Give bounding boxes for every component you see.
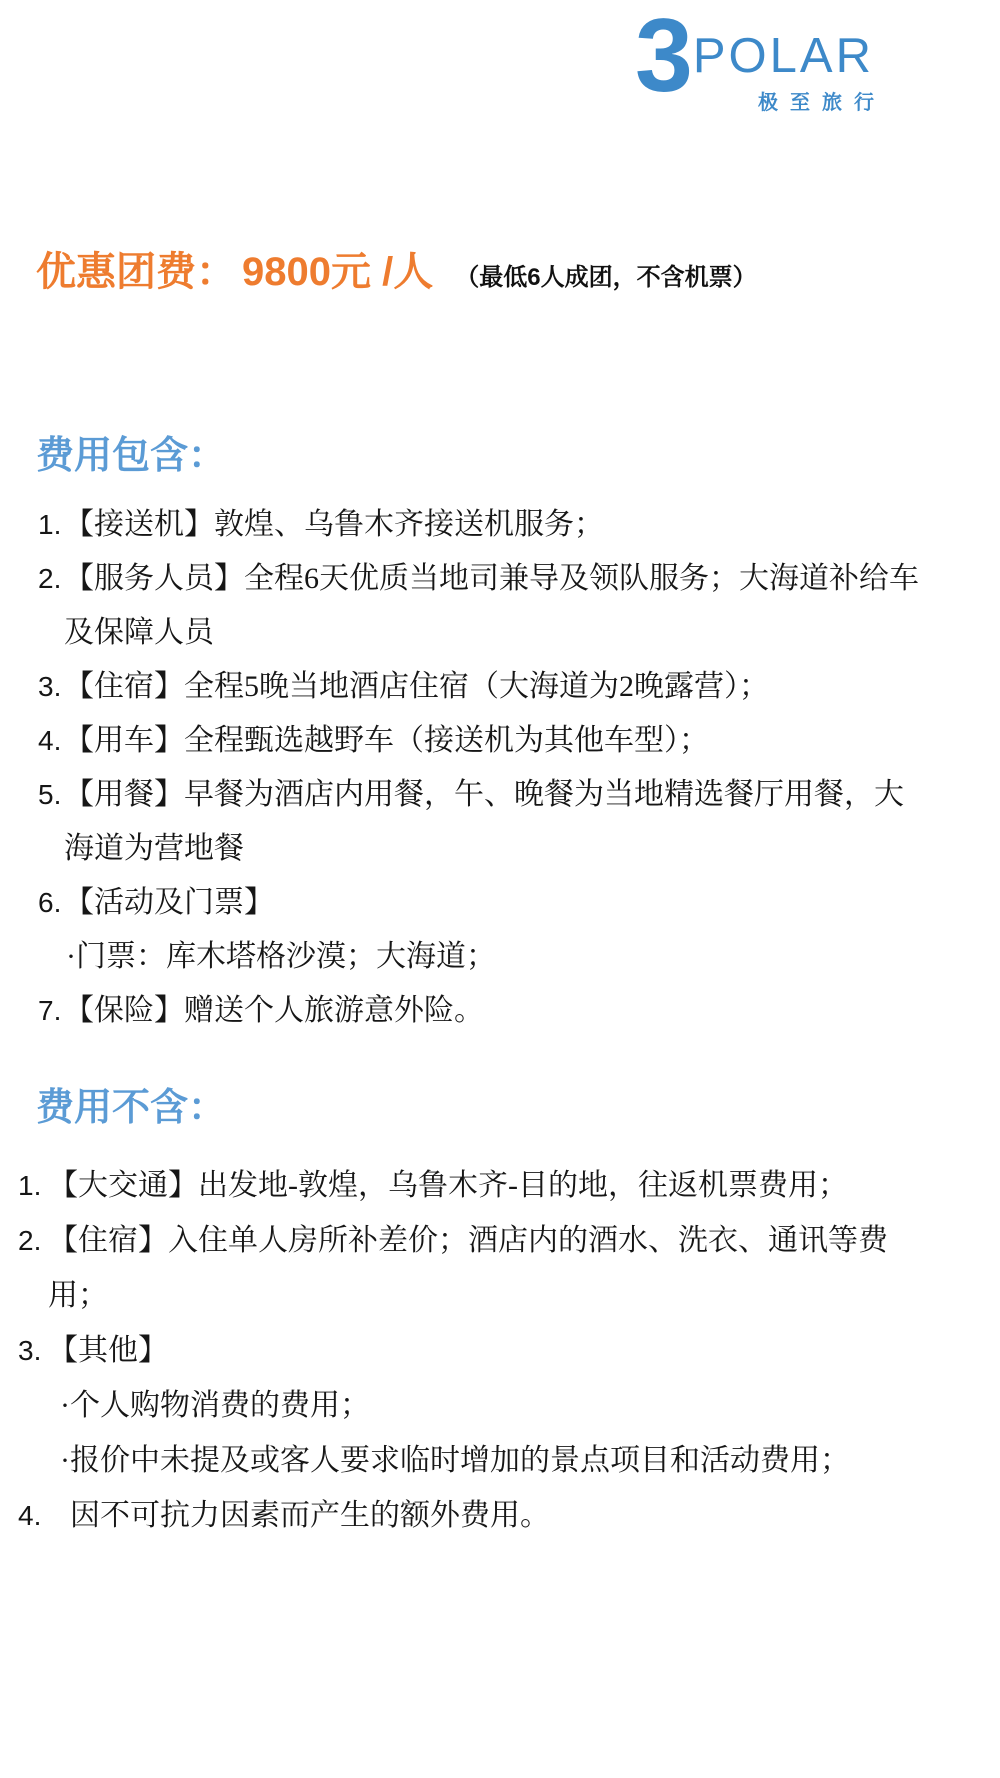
list-item-text: 【住宿】全程5晚当地酒店住宿（大海道为2晚露营）； [64, 660, 924, 714]
list-item-text: 【接送机】敦煌、乌鲁木齐接送机服务； [64, 498, 924, 552]
price-value: 9800元 /人 [242, 240, 433, 297]
list-item-text: 【服务人员】全程6天优质当地司兼导及领队服务；大海道补给车及保障人员 [64, 552, 924, 660]
included-list: 1. 【接送机】敦煌、乌鲁木齐接送机服务； 2. 【服务人员】全程6天优质当地司… [38, 498, 924, 1038]
list-item-number: 4. [18, 1488, 48, 1543]
list-item: 4. 【用车】全程甄选越野车（接送机为其他车型）； [38, 714, 924, 768]
list-item-number: 3. [18, 1323, 48, 1378]
list-item-number: 4. [38, 714, 64, 768]
section-heading-excluded: 费用不含： [36, 1076, 226, 1131]
logo-wordmark: POLAR [693, 32, 874, 81]
brand-logo: 3 POLAR 极至旅行 [635, 12, 874, 115]
list-item-text: 【活动及门票】 [64, 876, 924, 930]
sub-list-item-text: ·个人购物消费的费用； [60, 1378, 918, 1433]
list-item-number: 7. [38, 984, 64, 1038]
excluded-list: 1. 【大交通】出发地-敦煌，乌鲁木齐-目的地，往返机票费用； 2. 【住宿】入… [18, 1158, 918, 1543]
list-item: 6. 【活动及门票】 [38, 876, 924, 930]
list-item-text: 因不可抗力因素而产生的额外费用。 [48, 1488, 918, 1543]
section-heading-included: 费用包含： [36, 424, 226, 479]
list-item: 2. 【服务人员】全程6天优质当地司兼导及领队服务；大海道补给车及保障人员 [38, 552, 924, 660]
price-label: 优惠团费： [36, 240, 236, 297]
list-item-number: 5. [38, 768, 64, 822]
list-item-text: 【住宿】入住单人房所补差价；酒店内的酒水、洗衣、通讯等费用； [48, 1213, 918, 1323]
sub-list-item: ·报价中未提及或客人要求临时增加的景点项目和活动费用； [18, 1433, 918, 1488]
list-item: 4. 因不可抗力因素而产生的额外费用。 [18, 1488, 918, 1543]
list-item-text: 【大交通】出发地-敦煌，乌鲁木齐-目的地，往返机票费用； [48, 1158, 918, 1213]
list-item-text: 【其他】 [48, 1323, 918, 1378]
sub-list-item: ·个人购物消费的费用； [18, 1378, 918, 1433]
flyer-page: 3 POLAR 极至旅行 优惠团费： 9800元 /人 （最低6人成团，不含机票… [0, 0, 1000, 1778]
logo-subtitle: 极至旅行 [758, 86, 886, 115]
list-item-number: 2. [18, 1213, 48, 1268]
logo-text-block: POLAR 极至旅行 [693, 12, 874, 115]
sub-list-item: ·门票：库木塔格沙漠；大海道； [38, 930, 924, 984]
list-item: 2. 【住宿】入住单人房所补差价；酒店内的酒水、洗衣、通讯等费用； [18, 1213, 918, 1323]
list-item: 5. 【用餐】早餐为酒店内用餐，午、晚餐为当地精选餐厅用餐，大海道为营地餐 [38, 768, 924, 876]
price-heading: 优惠团费： 9800元 /人 （最低6人成团，不含机票） [36, 240, 757, 297]
sub-list-item-text: ·门票：库木塔格沙漠；大海道； [66, 930, 924, 984]
list-item: 3. 【其他】 [18, 1323, 918, 1378]
list-item-number: 2. [38, 552, 64, 606]
list-item: 3. 【住宿】全程5晚当地酒店住宿（大海道为2晚露营）； [38, 660, 924, 714]
price-note: （最低6人成团，不含机票） [455, 257, 756, 292]
list-item: 1. 【接送机】敦煌、乌鲁木齐接送机服务； [38, 498, 924, 552]
list-item-text: 【用车】全程甄选越野车（接送机为其他车型）； [64, 714, 924, 768]
list-item-text: 【用餐】早餐为酒店内用餐，午、晚餐为当地精选餐厅用餐，大海道为营地餐 [64, 768, 924, 876]
list-item-text: 【保险】赠送个人旅游意外险。 [64, 984, 924, 1038]
sub-list-item-text: ·报价中未提及或客人要求临时增加的景点项目和活动费用； [60, 1433, 918, 1488]
logo-3-icon: 3 [635, 12, 691, 100]
list-item-number: 1. [18, 1158, 48, 1213]
list-item-number: 3. [38, 660, 64, 714]
list-item: 1. 【大交通】出发地-敦煌，乌鲁木齐-目的地，往返机票费用； [18, 1158, 918, 1213]
list-item: 7. 【保险】赠送个人旅游意外险。 [38, 984, 924, 1038]
list-item-number: 6. [38, 876, 64, 930]
list-item-number: 1. [38, 498, 64, 552]
